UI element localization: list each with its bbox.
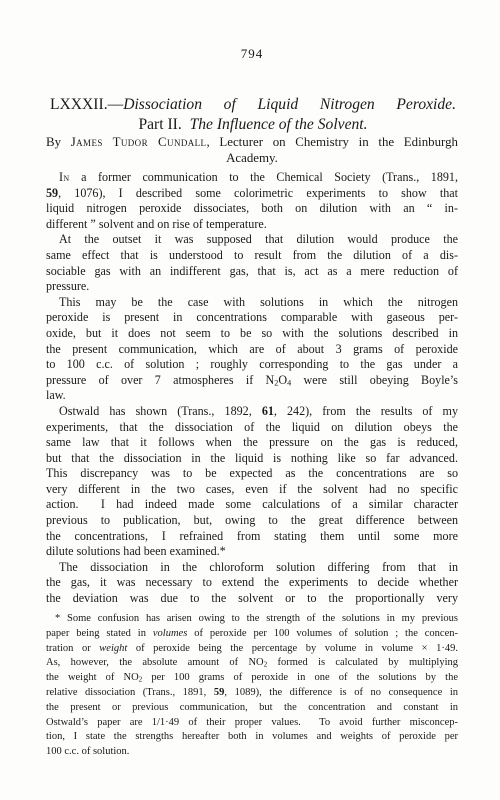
text-line: same effect that is understood to result… bbox=[46, 248, 458, 264]
journal-page: 794 LXXXII.—Dissociation of Liquid Nitro… bbox=[0, 0, 500, 800]
text-line: experiments, that the dissociation of th… bbox=[46, 420, 458, 436]
text-line: the present or previous communication, b… bbox=[46, 701, 458, 716]
text-line: Ostwald has shown (Trans., 1892, 61, 242… bbox=[46, 404, 458, 420]
paragraph: At the outset it was supposed that dilut… bbox=[46, 232, 458, 294]
byline-line2: Academy. bbox=[46, 151, 458, 167]
text-line: liquid nitrogen peroxide dissociates, bo… bbox=[46, 201, 458, 217]
text-line: action. I had indeed made some calculati… bbox=[46, 497, 458, 513]
paragraph: This may be the case with solutions in w… bbox=[46, 295, 458, 404]
text-line: Ostwald’s paper are 1/1·49 of their prop… bbox=[46, 716, 458, 731]
text-line: sociable gas with an indifferent gas, th… bbox=[46, 264, 458, 280]
text-line: This discrepancy was to be expected as t… bbox=[46, 466, 458, 482]
text-line: the concentrations, I refrained from sta… bbox=[46, 529, 458, 545]
text-line: previous to publication, but, owing to t… bbox=[46, 513, 458, 529]
text-line: The dissociation in the chloroform solut… bbox=[46, 560, 458, 576]
paragraph: In a former communication to the Chemica… bbox=[46, 170, 458, 232]
text-line: 59, 1076), I described some colorimetric… bbox=[46, 186, 458, 202]
text-line: tration or weight of peroxide being the … bbox=[46, 642, 458, 657]
text-line: peroxide is present in concentrations co… bbox=[46, 310, 458, 326]
paragraph: Ostwald has shown (Trans., 1892, 61, 242… bbox=[46, 404, 458, 560]
text-line: tion, I state the strengths hereafter bo… bbox=[46, 730, 458, 745]
text-line: dilute solutions had been examined.* bbox=[46, 544, 458, 560]
text-line: to 100 c.c. of solution ; roughly corres… bbox=[46, 357, 458, 373]
text-line: the deviation was due to the solvent or … bbox=[46, 591, 458, 607]
article-body: In a former communication to the Chemica… bbox=[46, 170, 458, 607]
text-line: paper being stated in volumes of peroxid… bbox=[46, 627, 458, 642]
text-line: * Some confusion has arisen owing to the… bbox=[46, 612, 458, 627]
text-line: the gas, it was necessary to extend the … bbox=[46, 575, 458, 591]
byline: By James Tudor Cundall, Lecturer on Chem… bbox=[46, 135, 458, 166]
text-line: pressure. bbox=[46, 279, 458, 295]
text-line: but that the dissociation in the liquid … bbox=[46, 451, 458, 467]
article-title-line2: Part II. The Influence of the Solvent. bbox=[50, 115, 456, 135]
article-title-line1: LXXXII.—Dissociation of Liquid Nitrogen … bbox=[50, 95, 456, 115]
text-line: This may be the case with solutions in w… bbox=[46, 295, 458, 311]
text-line: 100 c.c. of solution. bbox=[46, 745, 458, 760]
text-line: relative dissociation (Trans., 1891, 59,… bbox=[46, 686, 458, 701]
text-line: As, however, the absolute amount of NO2 … bbox=[46, 656, 458, 671]
footnote: * Some confusion has arisen owing to the… bbox=[46, 612, 458, 760]
text-line: At the outset it was supposed that dilut… bbox=[46, 232, 458, 248]
text-line: In a former communication to the Chemica… bbox=[46, 170, 458, 186]
text-line: pressure of over 7 atmospheres if N2O4 w… bbox=[46, 373, 458, 389]
byline-line1: By James Tudor Cundall, Lecturer on Chem… bbox=[46, 135, 458, 151]
article-title: LXXXII.—Dissociation of Liquid Nitrogen … bbox=[50, 95, 456, 134]
text-line: the weight of NO2 per 100 grams of perox… bbox=[46, 671, 458, 686]
text-line: the present communication, which are of … bbox=[46, 342, 458, 358]
text-line: very different in the two cases, even if… bbox=[46, 482, 458, 498]
paragraph: The dissociation in the chloroform solut… bbox=[46, 560, 458, 607]
text-line: law. bbox=[46, 388, 458, 404]
text-line: same law that it follows when the pressu… bbox=[46, 435, 458, 451]
text-line: oxide, but it does not seem to be so wit… bbox=[46, 326, 458, 342]
paragraph: * Some confusion has arisen owing to the… bbox=[46, 612, 458, 760]
text-line: different ” solvent and on rise of tempe… bbox=[46, 217, 458, 233]
page-number: 794 bbox=[46, 46, 458, 62]
